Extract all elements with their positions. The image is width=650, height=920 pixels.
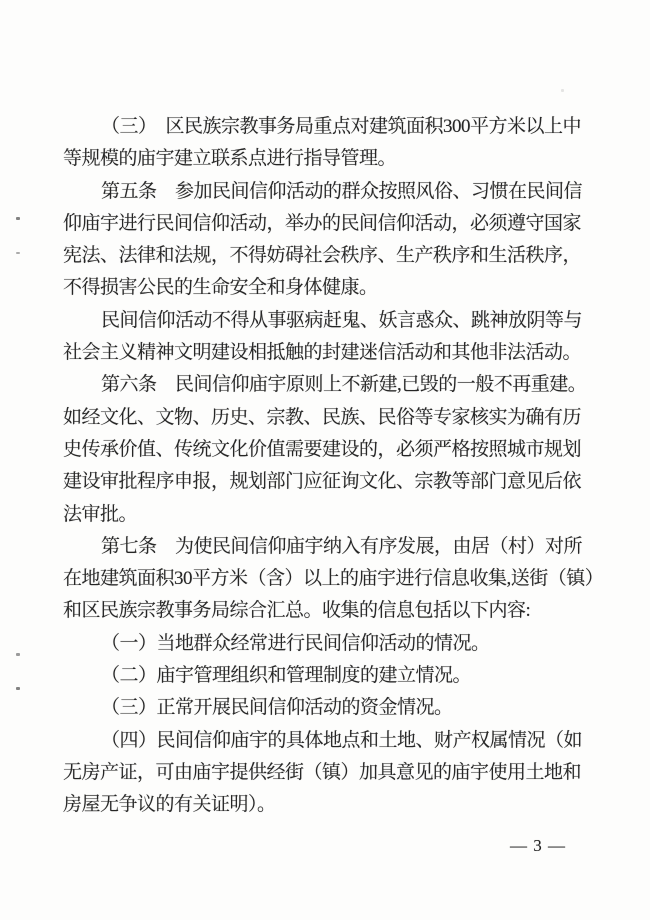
text-line: 不得损害公民的生命安全和身体健康。 — [63, 272, 593, 304]
scan-speck — [16, 252, 20, 254]
scan-speck — [16, 217, 20, 220]
text-line: 第六条 民间信仰庙宇原则上不新建,已毁的一般不再重建。 — [63, 369, 593, 401]
text-line: 和区民族宗教事务局综合汇总。收集的信息包括以下内容: — [63, 595, 593, 627]
text-line: 史传承价值、传统文化价值需要建设的，必须严格按照城市规划 — [63, 434, 593, 466]
text-line: 民间信仰活动不得从事驱病赶鬼、妖言惑众、跳神放阴等与 — [63, 305, 593, 337]
text-line: 第七条 为使民间信仰庙宇纳入有序发展，由居（村）对所 — [63, 531, 593, 563]
text-line: （三） 区民族宗教事务局重点对建筑面积300平方米以上中 — [63, 111, 593, 143]
text-line: 房屋无争议的有关证明）。 — [63, 789, 593, 821]
text-line: （三）正常开展民间信仰活动的资金情况。 — [63, 692, 593, 724]
text-line: 宪法、法律和法规，不得妨碍社会秩序、生产秩序和生活秩序， — [63, 240, 593, 272]
text-line: 社会主义精神文明建设相抵触的封建迷信活动和其他非法活动。 — [63, 337, 593, 369]
scan-speck — [561, 89, 564, 92]
document-page: （三） 区民族宗教事务局重点对建筑面积300平方米以上中等规模的庙宇建立联系点进… — [0, 0, 650, 920]
text-line: 如经文化、文物、历史、宗教、民族、民俗等专家核实为确有历 — [63, 402, 593, 434]
text-line: 无房产证，可由庙宇提供经街（镇）加具意见的庙宇使用土地和 — [63, 757, 593, 789]
page-number: — 3 — — [510, 836, 566, 856]
text-line: 在地建筑面积30平方米（含）以上的庙宇进行信息收集,送街（镇） — [63, 563, 593, 595]
document-lines: （三） 区民族宗教事务局重点对建筑面积300平方米以上中等规模的庙宇建立联系点进… — [63, 111, 593, 822]
scan-speck — [16, 653, 20, 656]
text-line: 等规模的庙宇建立联系点进行指导管理。 — [63, 143, 593, 175]
text-line: （二）庙宇管理组织和管理制度的建立情况。 — [63, 660, 593, 692]
text-line: 建设审批程序申报，规划部门应征询文化、宗教等部门意见后依 — [63, 466, 593, 498]
text-line: （一）当地群众经常进行民间信仰活动的情况。 — [63, 628, 593, 660]
text-line: 法审批。 — [63, 499, 593, 531]
text-line: 仰庙宇进行民间信仰活动，举办的民间信仰活动，必须遵守国家 — [63, 208, 593, 240]
scan-speck — [16, 687, 20, 690]
text-line: 第五条 参加民间信仰活动的群众按照风俗、习惯在民间信 — [63, 176, 593, 208]
text-line: （四）民间信仰庙宇的具体地点和土地、财产权属情况（如 — [63, 725, 593, 757]
